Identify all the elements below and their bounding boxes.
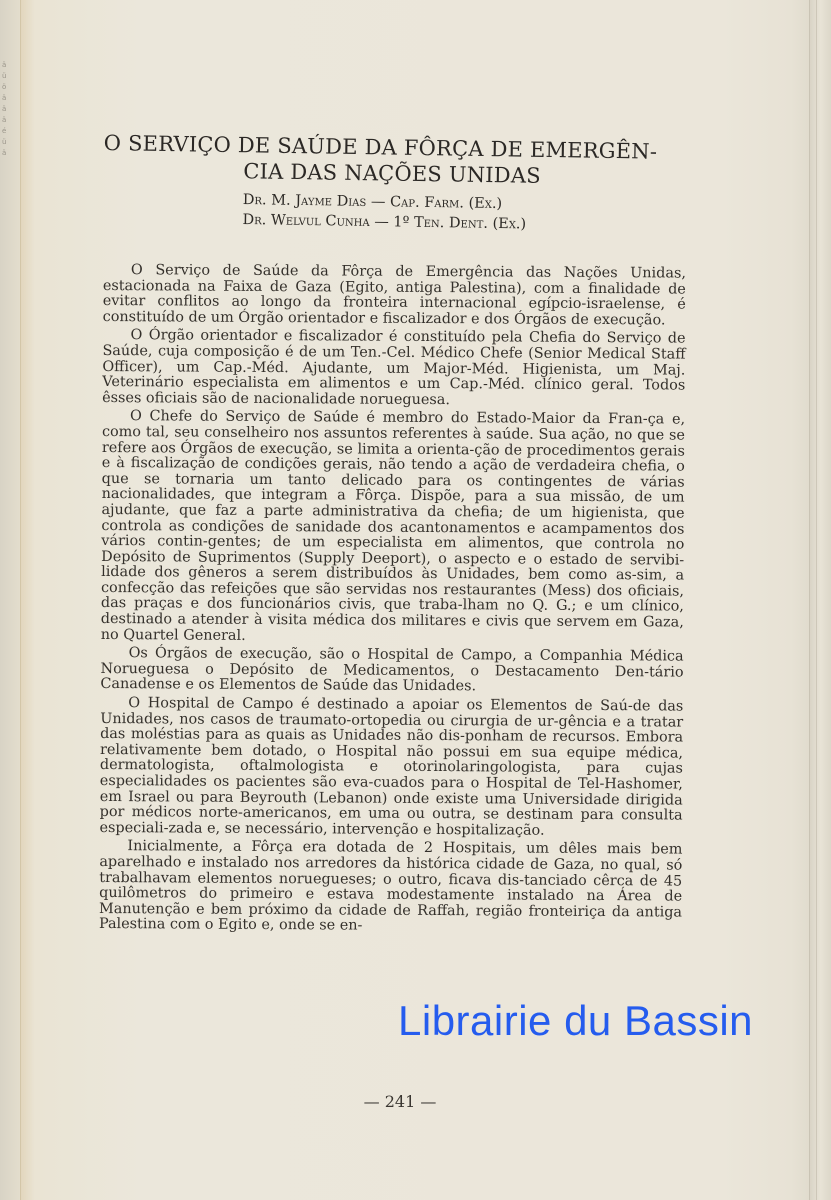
author-list: Dr. M. Jayme Dias — Cap. Farm. (Ex.) Dr.… <box>242 190 643 236</box>
paragraph-3: O Chefe do Serviço de Saúde é membro do … <box>101 409 685 646</box>
paragraph-1: O Serviço de Saúde da Fôrça de Emergênci… <box>103 263 686 329</box>
paragraph-4: Os Órgãos de execução, são o Hospital de… <box>100 646 683 696</box>
paragraph-5: O Hospital de Campo é destinado a apoiar… <box>99 696 683 840</box>
paragraph-6: Inicialmente, a Fôrça era dotada de 2 Ho… <box>99 839 683 936</box>
watermark: Librairie du Bassin <box>398 997 753 1045</box>
paragraph-2: O Órgão orientador e fiscalizador é cons… <box>102 328 685 410</box>
page-number: — 241 — <box>340 1092 460 1111</box>
page-stack-edge <box>809 0 831 1200</box>
previous-page-edge: ä ü ö ä ä ä é ü ä <box>0 0 20 1200</box>
previous-page-bleed-text: ä ü ö ä ä ä é ü ä <box>2 60 14 159</box>
article-title: O SERVIÇO DE SAÚDE DA FÔRÇA DE EMERGÊN- … <box>103 130 704 191</box>
article-body: O Serviço de Saúde da Fôrça de Emergênci… <box>99 263 686 939</box>
